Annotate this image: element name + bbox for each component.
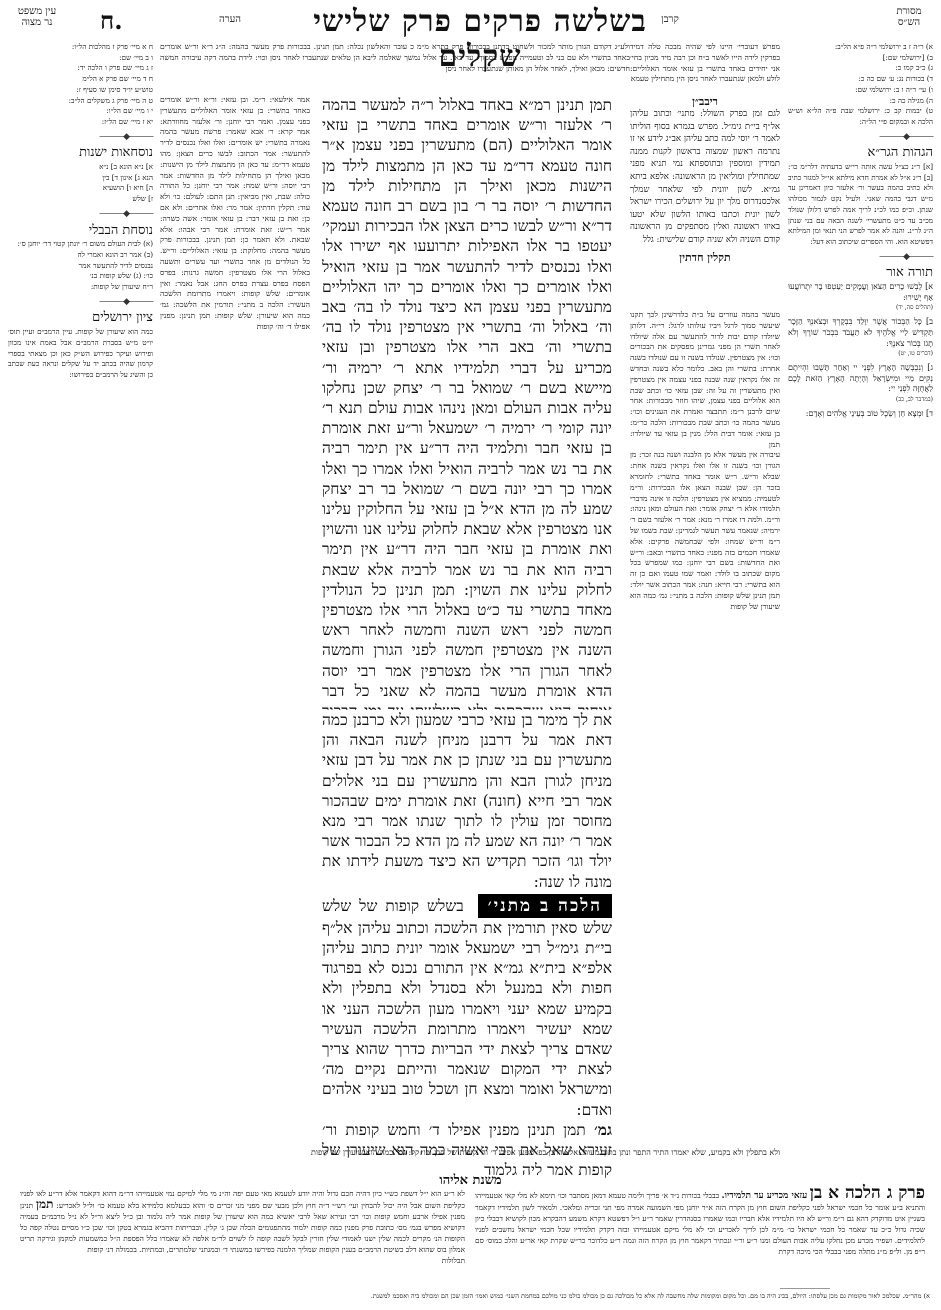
masoret-item: ה) מגילה כה כ:: [788, 96, 933, 107]
ein-mishpat-item: טוש״ע יו״ד סימן שו סעיף ז:: [8, 85, 153, 96]
top-commentary-left: ולע״ג דקודם הגורן מותר למכור ולשחוט כדתנ…: [160, 42, 630, 74]
top-commentary-right: מפרש דעוברי׳ היינו לפי שהיה מבכה טלה דמי…: [630, 42, 780, 85]
verse-text: ג] וְנִכְבְּשָׁה הָאָרֶץ לִפְנֵי יי וְאַ…: [788, 363, 933, 395]
riveban-title: ריבב״ן: [630, 95, 780, 108]
masoret-item: א) ר״ה ז ב ירושלמי ר״ה פ״א הל״ב:: [788, 42, 933, 53]
commentary-left-column: אמר אילעאי: ר״מ. ובן עזאי: ור״א ור״ש אומ…: [160, 95, 310, 1095]
verse-text: ד] וּמְצָא חֵן וְשֵׂכֶל טוֹב בְּעֵינֵי א…: [788, 409, 933, 420]
folio-number: ח.: [100, 6, 123, 36]
mishnah-block: הלכה ב מתני׳ בשלש קופות של שלש שלש סאין …: [322, 894, 612, 1120]
bavli-item: (ב) אמר רב הונא ואמרי לה: [8, 250, 153, 261]
bavli-item: ר״ח שיעורן של קופות:: [8, 282, 153, 293]
bavli-item: (א) לבית העולם משום ר׳ יונתן קטוי דר׳ יו…: [8, 239, 153, 250]
hearah-label: הערה: [210, 14, 250, 25]
mishnat-eliyahu-left-text: לא ר״ע הוא י״ל דשפת כש״י כיון דהיה חכם ג…: [20, 1189, 465, 1210]
takalin-title: תקלין חדתין: [630, 251, 780, 264]
label-line: עין משפט: [12, 6, 62, 17]
commentary-right-text: עיבורה אין מעשר אלא מן הלבנה ושנה בנה זכ…: [630, 450, 780, 612]
verse-ref: (תהלים סה, יד): [788, 303, 933, 314]
perek-lead: עזאי מכריע עד תלמידיו.: [722, 1191, 808, 1201]
nuschaot-item: הנא ג] אינון ד] בין: [8, 173, 153, 184]
main-paragraph-2: את לך מימר בן עזאי כרבי שמעון ולא כרבנן …: [322, 710, 612, 892]
bavli-item: כו׳: (ג) שלש קופות בנ׳: [8, 271, 153, 282]
ornament-divider: [8, 297, 153, 308]
masoret-item: ו) עי׳ ר״ה ו ב: ירושלמי שם:: [788, 85, 933, 96]
ein-mishpat-item: ט ה מיי׳ פרק ג משקלים הל״ב:: [8, 96, 153, 107]
mishnat-eliyahu-title: משנת אליהו: [0, 1172, 941, 1188]
ein-mishpat-item: ז ג מיי׳ שם פרק ו הלכה יד:: [8, 63, 153, 74]
verse-ref: (במדבר לב, כב): [788, 395, 933, 406]
gra-title: הגהות הגר״א: [788, 148, 933, 159]
torah-or-item: ד] וּמְצָא חֵן וְשֵׂכֶל טוֹב בְּעֵינֵי א…: [788, 409, 933, 420]
masoret-list: א) ר״ה ז ב ירושלמי ר״ה פ״א הל״ב: ב) [ירו…: [788, 42, 933, 128]
nuschaot-item: א] נ״א הונא ב] נ״א: [8, 162, 153, 173]
right-margin: א) ר״ה ז ב ירושלמי ר״ה פ״א הל״ב: ב) [ירו…: [788, 42, 933, 420]
mishnah-text: בשלש קופות של שלש שלש סאין תורמין את הלש…: [322, 897, 612, 1119]
nuschaot-item: ז] שלש: [8, 194, 153, 205]
ein-mishpat-item: יא ז מיי׳ שם הל״ז:: [8, 117, 153, 128]
main-text-block: תמן תנינן רמ״א באחד באלול ר״ה למעשר בהמה…: [322, 95, 612, 1180]
torah-or-item: א] לָבְשׁוּ כָרִים הַצֹּאן וַעֲמָקִים יַ…: [788, 282, 933, 314]
masoret-item: ב) [ירושלמי שם:]: [788, 53, 933, 64]
ein-mishpat-list: ח א מיי׳ פרק ז מהלכות הל״ו: ו ב מיי׳ שם:…: [8, 42, 153, 128]
masoret-hashas-label: מסורת הש״ס: [889, 6, 929, 28]
ein-mishpat-item: ח א מיי׳ פרק ז מהלכות הל״ו:: [8, 42, 153, 53]
verse-ref: (דברים טו, יט): [788, 349, 933, 360]
verse-text: ב] כָּל הַבְּכוֹר אֲשֶׁר יִוָּלֵד בִּבְק…: [788, 317, 933, 349]
halacha-label: הלכה ב מתני׳: [478, 894, 612, 918]
ornament-divider: [788, 132, 933, 143]
bavli-item: נבנסים לדיר להתעשר אמר: [8, 261, 153, 272]
tiklalot-label: תבלולות: [20, 1255, 465, 1266]
ornament-divider: [788, 252, 933, 263]
masoret-item: ג) כ״ב קמו כ:: [788, 63, 933, 74]
torah-or-title: תורה אור: [788, 268, 933, 279]
tziyun-title: ציון ירושלים: [8, 313, 153, 324]
verse-text: א] לָבְשׁוּ כָרִים הַצֹּאן וַעֲמָקִים יַ…: [788, 282, 933, 303]
nuschaot-item: ה] חיא ו] הושעיא: [8, 183, 153, 194]
tamman-label: תמן: [36, 1197, 54, 1211]
nuschaot-title: נוסחאות ישנות: [8, 148, 153, 159]
label-line: מסורת: [889, 6, 929, 17]
korban-eda-block: ריבב״ן לגם זמן בפרק השולל: מתני׳ וכתוב ע…: [630, 95, 780, 264]
masoret-item: ד) בכורות נג: ע׳ שם כה כ:: [788, 74, 933, 85]
bottom-gemara-text: כמה הוא שיעורן של קופות: [311, 1148, 393, 1157]
commentary-right-column: מעשר בהמה עוזרים על ב״ת כלדרשינן לכך תקנ…: [630, 310, 780, 1170]
torah-or-item: ג] וְנִכְבְּשָׁה הָאָרֶץ לִפְנֵי יי וְאַ…: [788, 363, 933, 406]
footnote-rule: [780, 1288, 830, 1289]
perek-heading: פרק ג הלכה א בן: [810, 1183, 925, 1203]
ein-mishpat-item: ח ד מיי׳ שם פרק א הל״מ: [8, 74, 153, 85]
left-margin: ח א מיי׳ פרק ז מהלכות הל״ו: ו ב מיי׳ שם:…: [8, 42, 153, 381]
bottom-commentary-line: ולא בתפלין ולא בקמיע, שלא יאמרו התיר התפ…: [160, 1148, 780, 1159]
main-paragraph-1: תמן תנינן רמ״א באחד באלול ר״ה למעשר בהמה…: [322, 95, 612, 710]
label-line: נר מצוה: [12, 17, 62, 28]
torah-or-item: ב] כָּל הַבְּכוֹר אֲשֶׁר יִוָּלֵד בִּבְק…: [788, 317, 933, 360]
ornament-divider: [8, 132, 153, 143]
footnote: א) מהר״מ. שכלמכ לאור מקומות גם מכן עלסתו…: [220, 1292, 930, 1301]
gemara-label: גמ׳: [594, 1120, 612, 1139]
bottom-gemara-label: גמ׳: [396, 1148, 406, 1158]
commentary-left-text: אמר אילעאי: ר״מ. ובן עזאי: ור״א ור״ש אומ…: [160, 95, 310, 333]
takalin-text: מעשר בהמה עוזרים על ב״ת כלדרשינן לכך תקנ…: [630, 310, 780, 450]
masoret-item: ט) יבמות קב כ: ירושלמי שבת פ״ה הל״א וש״ש…: [788, 106, 933, 127]
label-line: הש״ס: [889, 17, 929, 28]
mishnat-eliyahu-left-column: לא ר״ע הוא י״ל דשפת כש״י כיון דהיה חכם ג…: [20, 1188, 465, 1266]
ein-mishpat-label: עין משפט נר מצוה: [12, 6, 62, 28]
bavli-title: נוסחת הבבלי: [8, 226, 153, 237]
bottom-line-text: ולא בתפלין ולא בקמיע, שלא יאמרו התיר התפ…: [409, 1148, 780, 1157]
gra-text: [א] ר״נ כצ״ל עשה אותה רי״ש בדעתיה דלר״מ …: [788, 162, 933, 248]
ein-mishpat-item: ו ב מיי׳ שם:: [8, 53, 153, 64]
tziyun-text: כמה הוא שיעורן של קופות. עיין הרמב״ם ועי…: [8, 327, 153, 381]
ein-mishpat-item: י ו מיי׳ שם הל״ו:: [8, 106, 153, 117]
ornament-divider: [8, 209, 153, 220]
mishnat-eliyahu-right-column: פרק ג הלכה א בן עזאי מכריע עד תלמידיו. ב…: [475, 1188, 925, 1257]
riveban-text: לגם זמן בפרק השולל: מתני׳ וכתוב עליהן אל…: [630, 108, 780, 247]
